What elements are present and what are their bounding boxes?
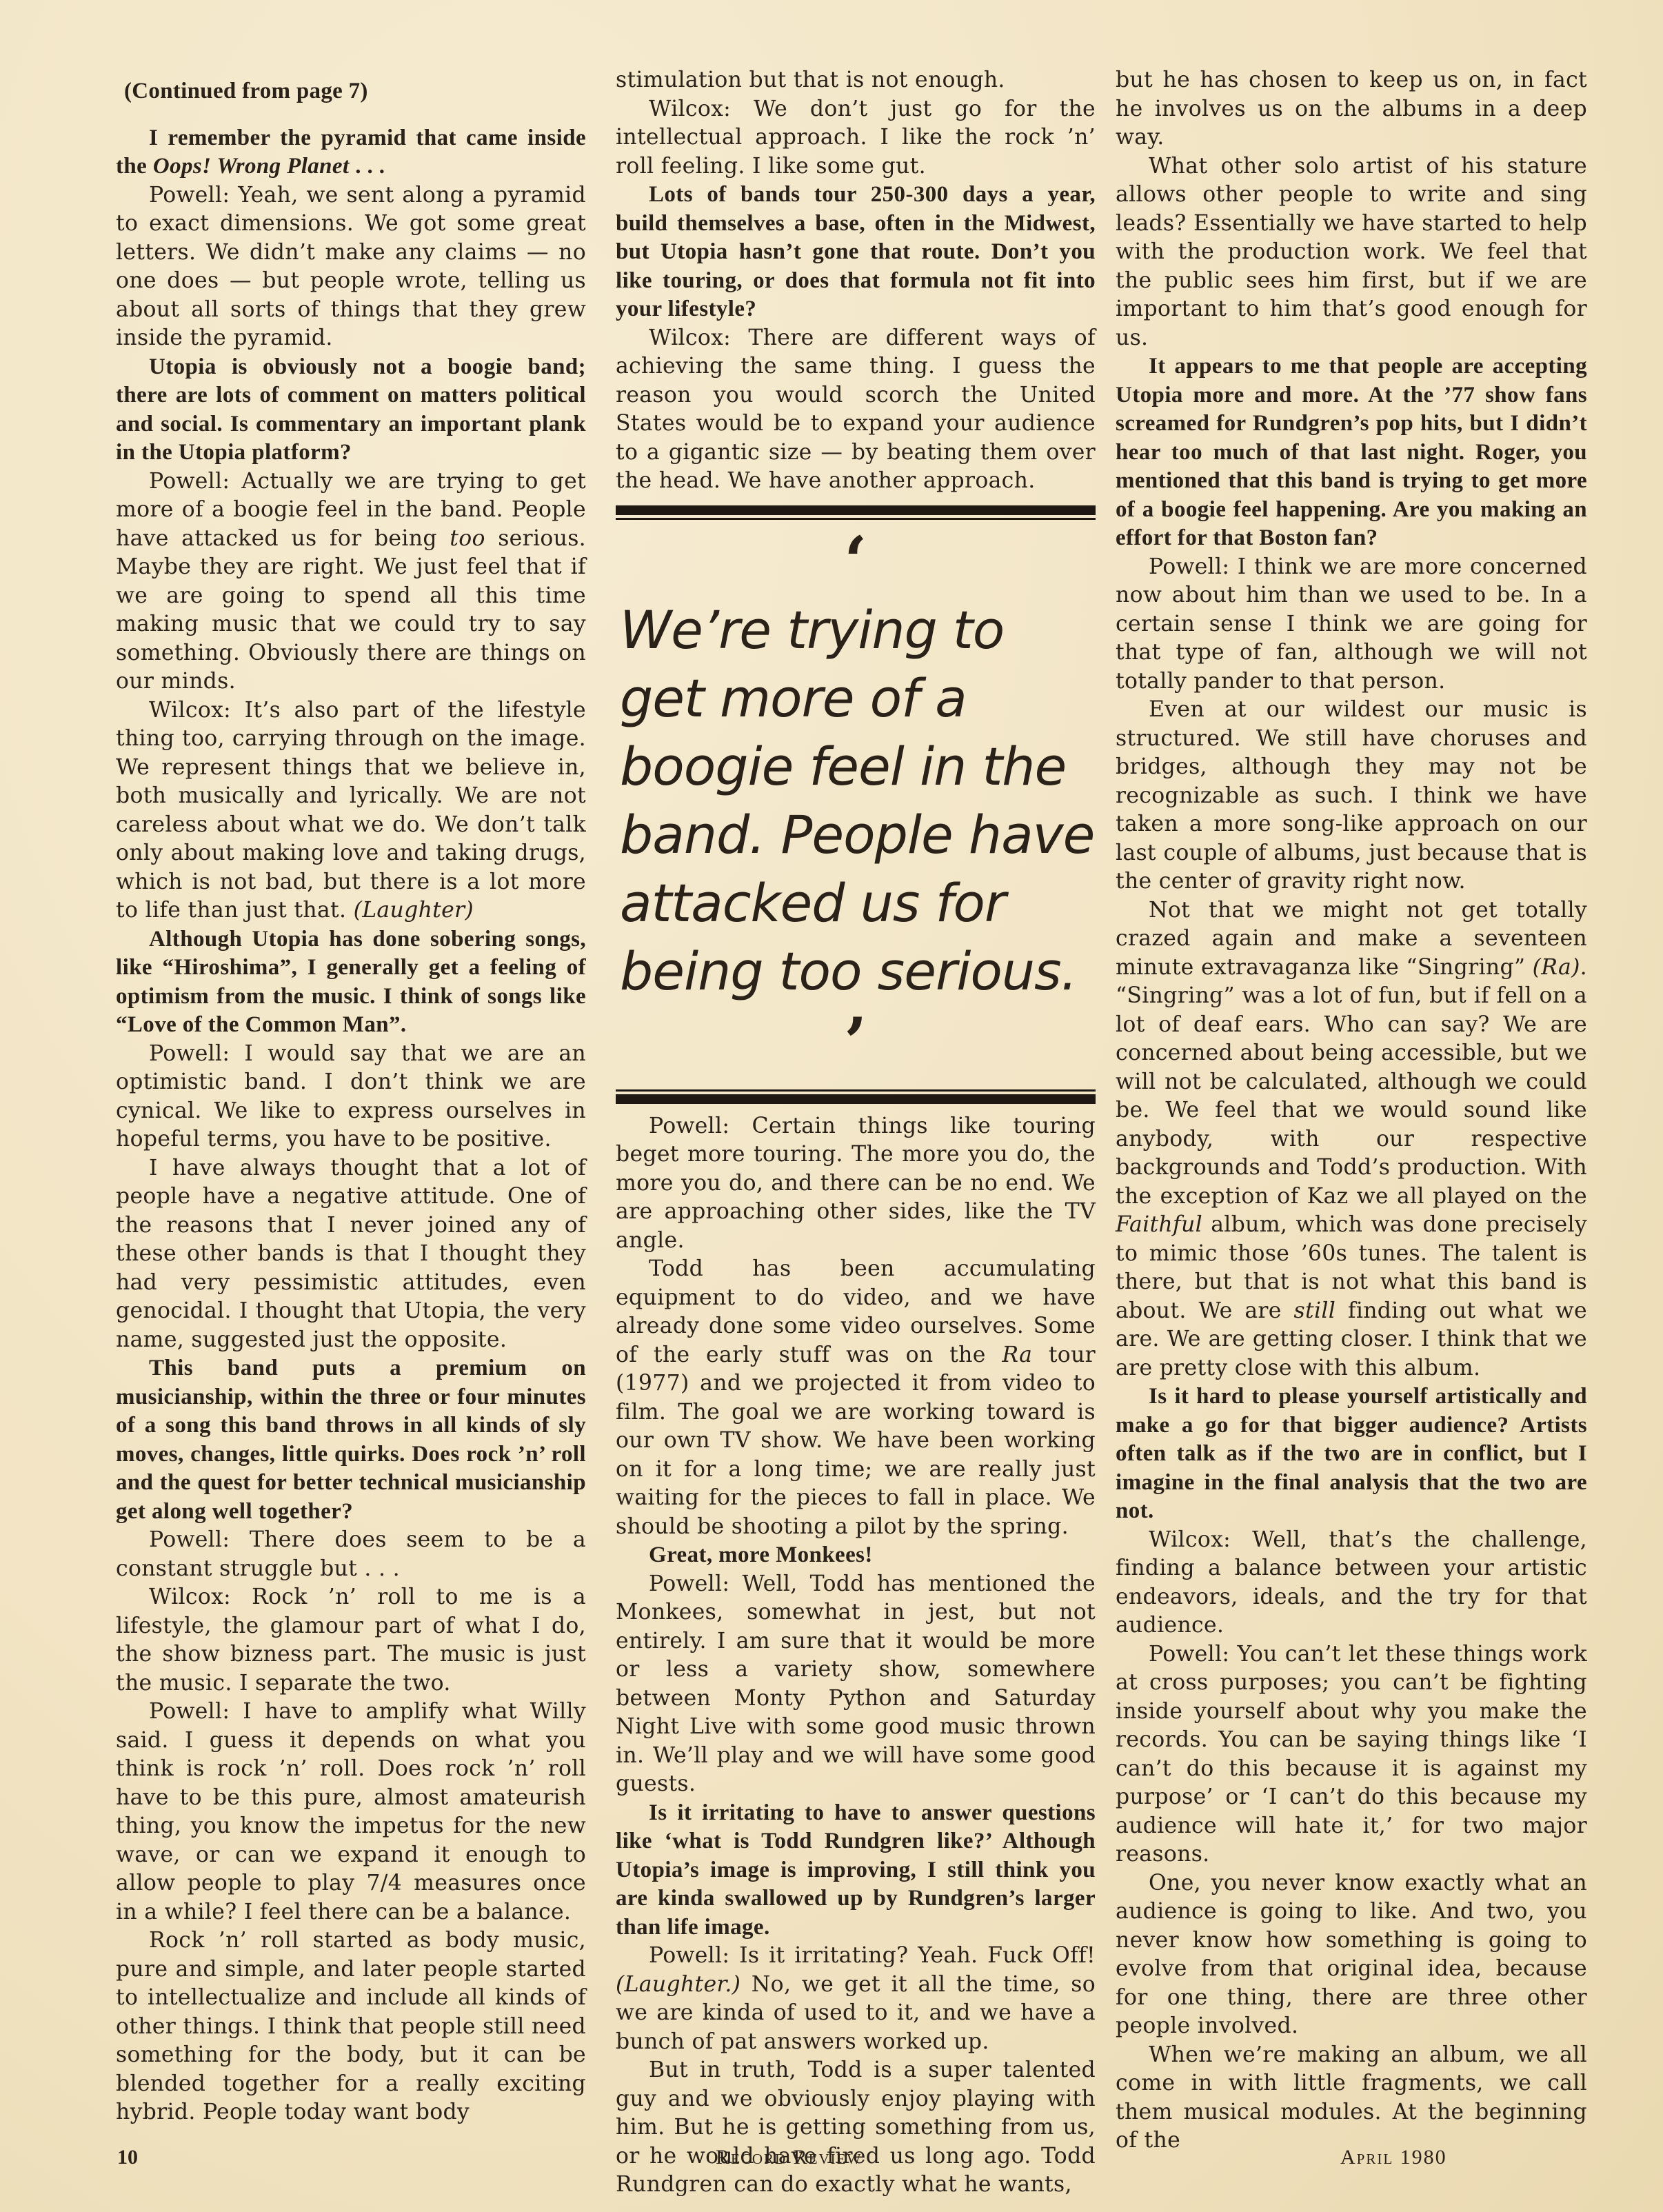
- interview-question: Great, more Monkees!: [616, 1541, 1096, 1570]
- pullquote-bottom-rule-thin: [616, 1089, 1096, 1092]
- interview-answer: Powell: There does seem to be a constant…: [116, 1526, 586, 1583]
- interview-answer: Rock ’n’ roll started as body music, pur…: [116, 1927, 586, 2127]
- column-2-top: stimulation but that is not enough.Wilco…: [616, 66, 1096, 496]
- interview-answer: Wilcox: It’s also part of the lifestyle …: [116, 696, 586, 925]
- interview-answer: Powell: Well, Todd has mentioned the Mon…: [616, 1570, 1096, 1799]
- pull-quote-text: We’re trying to get more of a boogie fee…: [620, 596, 1096, 1005]
- article-column-3: but he has chosen to keep us on, in fact…: [1116, 66, 1587, 2155]
- interview-question: Lots of bands tour 250-300 days a year, …: [616, 181, 1096, 324]
- interview-question: Although Utopia has done sobering songs,…: [116, 925, 586, 1040]
- issue-date: April 1980: [1340, 2146, 1447, 2169]
- interview-answer: What other solo artist of his stature al…: [1116, 152, 1587, 353]
- interview-answer: Wilcox: We don’t just go for the intelle…: [616, 95, 1096, 181]
- interview-answer: One, you never know exactly what an audi…: [1116, 1869, 1587, 2041]
- interview-question: Utopia is obviously not a boogie band; t…: [116, 353, 586, 467]
- interview-answer: but he has chosen to keep us on, in fact…: [1116, 66, 1587, 152]
- interview-answer: stimulation but that is not enough.: [616, 66, 1096, 95]
- interview-answer: Powell: Certain things like touring bege…: [616, 1112, 1096, 1256]
- pullquote-top-rule-thick: [616, 505, 1096, 515]
- interview-answer: Not that we might not get totally crazed…: [1116, 896, 1587, 1383]
- interview-answer: Powell: Actually we are trying to get mo…: [116, 467, 586, 696]
- pull-quote: ‘ We’re trying to get more of a boogie f…: [616, 520, 1096, 1077]
- interview-answer: Wilcox: Rock ’n’ roll to me is a lifesty…: [116, 1583, 586, 1698]
- interview-answer: Powell: Yeah, we sent along a pyramid to…: [116, 181, 586, 353]
- interview-answer: Todd has been accumulating equipment to …: [616, 1255, 1096, 1541]
- pullquote-bottom-rule-thick: [616, 1094, 1096, 1104]
- page-number: 10: [117, 2146, 138, 2169]
- interview-answer: Powell: Is it irritating? Yeah. Fuck Off…: [616, 1942, 1096, 2056]
- article-column-2: stimulation but that is not enough.Wilco…: [616, 66, 1096, 2200]
- interview-question: I remember the pyramid that came inside …: [116, 124, 586, 181]
- continued-from-label: (Continued from page 7): [124, 77, 586, 106]
- interview-answer: Powell: I have to amplify what Willy sai…: [116, 1698, 586, 1927]
- interview-answer: But in truth, Todd is a super talented g…: [616, 2056, 1096, 2200]
- interview-question: Is it irritating to have to answer quest…: [616, 1799, 1096, 1942]
- close-quote-mark-icon: ’: [616, 1015, 1096, 1070]
- interview-answer: When we’re making an album, we all come …: [1116, 2041, 1587, 2155]
- publication-name: Record Review: [716, 2146, 862, 2169]
- interview-answer: Powell: I would say that we are an optim…: [116, 1040, 586, 1154]
- interview-answer: Powell: You can’t let these things work …: [1116, 1640, 1587, 1869]
- interview-answer: Wilcox: There are different ways of achi…: [616, 324, 1096, 496]
- article-column-1: (Continued from page 7)I remember the py…: [116, 77, 586, 2127]
- interview-answer: Wilcox: Well, that’s the challenge, find…: [1116, 1526, 1587, 1640]
- column-2-bottom: Powell: Certain things like touring bege…: [616, 1112, 1096, 2200]
- interview-answer: Powell: I think we are more concerned no…: [1116, 553, 1587, 696]
- interview-question: Is it hard to please yourself artistical…: [1116, 1382, 1587, 1526]
- interview-answer: Even at our wildest our music is structu…: [1116, 696, 1587, 896]
- open-quote-mark-icon: ‘: [616, 534, 1096, 589]
- interview-answer: I have always thought that a lot of peop…: [116, 1154, 586, 1355]
- interview-question: It appears to me that people are accepti…: [1116, 352, 1587, 553]
- interview-question: This band puts a premium on musicianship…: [116, 1354, 586, 1526]
